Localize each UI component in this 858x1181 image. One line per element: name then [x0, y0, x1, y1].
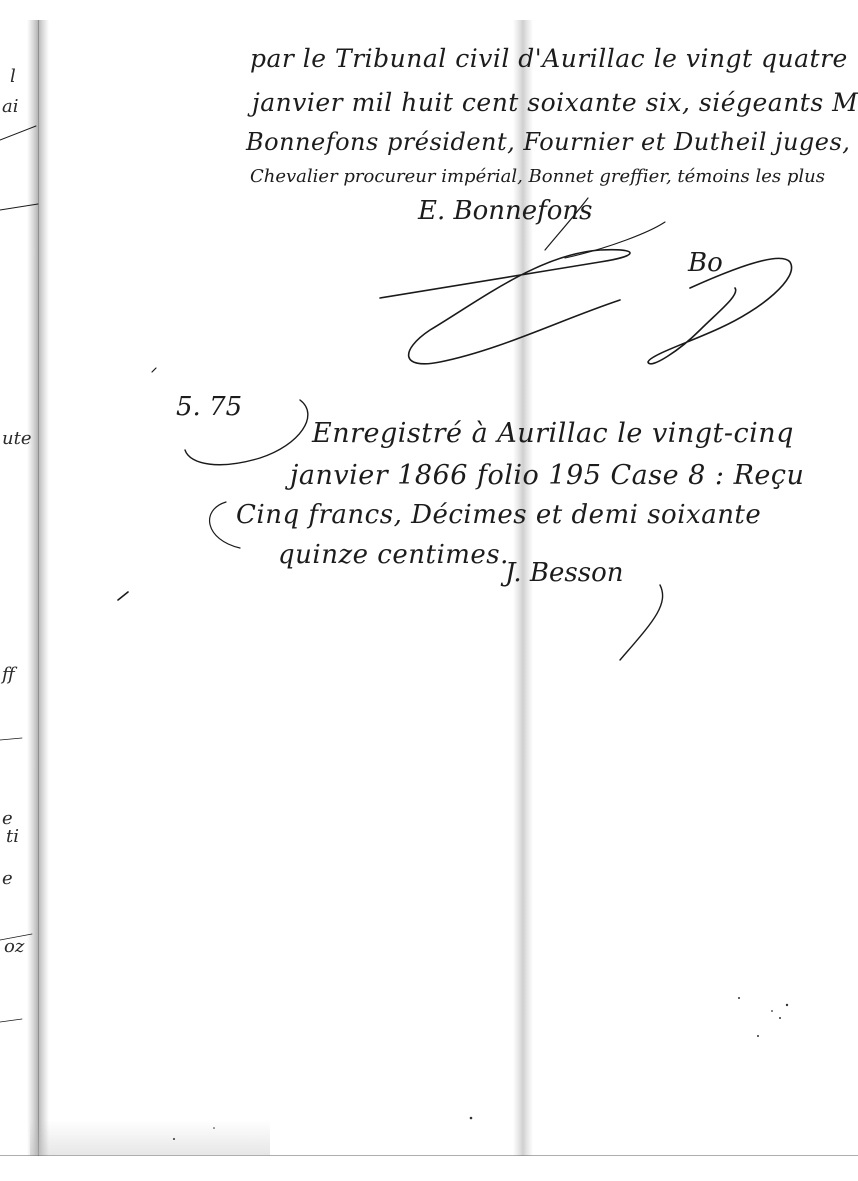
margin-fragment: l — [10, 66, 16, 87]
receiver-signature: J. Besson — [505, 558, 624, 588]
document-page: l ai ute ff e ti e oz par le Tribunal ci… — [0, 0, 858, 1181]
paper-fold-center — [513, 20, 533, 1156]
margin-fragment: oz — [4, 936, 24, 957]
paper-bottom-edge — [0, 1155, 858, 1156]
fee-amount-mark: 5. 75 — [176, 392, 242, 422]
margin-fragment: e — [2, 868, 13, 889]
margin-fragment: ti — [6, 826, 19, 847]
judgment-line-3: Bonnefons président, Fournier et Dutheil… — [246, 128, 858, 156]
registration-line-1: Enregistré à Aurillac le vingt-cinq — [312, 418, 794, 449]
judgment-line-1: par le Tribunal civil d'Aurillac le ving… — [250, 44, 848, 73]
paper-fold-line — [38, 20, 39, 1156]
judgment-line-4: Chevalier procureur impérial, Bonnet gre… — [250, 166, 825, 187]
clerk-signature: Bo — [688, 248, 723, 278]
registration-line-4: quinze centimes. — [278, 540, 509, 570]
registration-line-2: janvier 1866 folio 195 Case 8 : Reçu — [290, 460, 804, 491]
margin-fragment: ff — [2, 664, 15, 685]
margin-fragment: ai — [2, 96, 19, 117]
judgment-line-2: janvier mil huit cent soixante six, siég… — [252, 88, 858, 117]
registration-line-3: Cinq francs, Décimes et demi soixante — [236, 500, 761, 530]
paper-bottom-shadow — [30, 1120, 270, 1155]
president-signature: E. Bonnefons — [418, 196, 593, 226]
margin-fragment: ute — [2, 428, 31, 449]
